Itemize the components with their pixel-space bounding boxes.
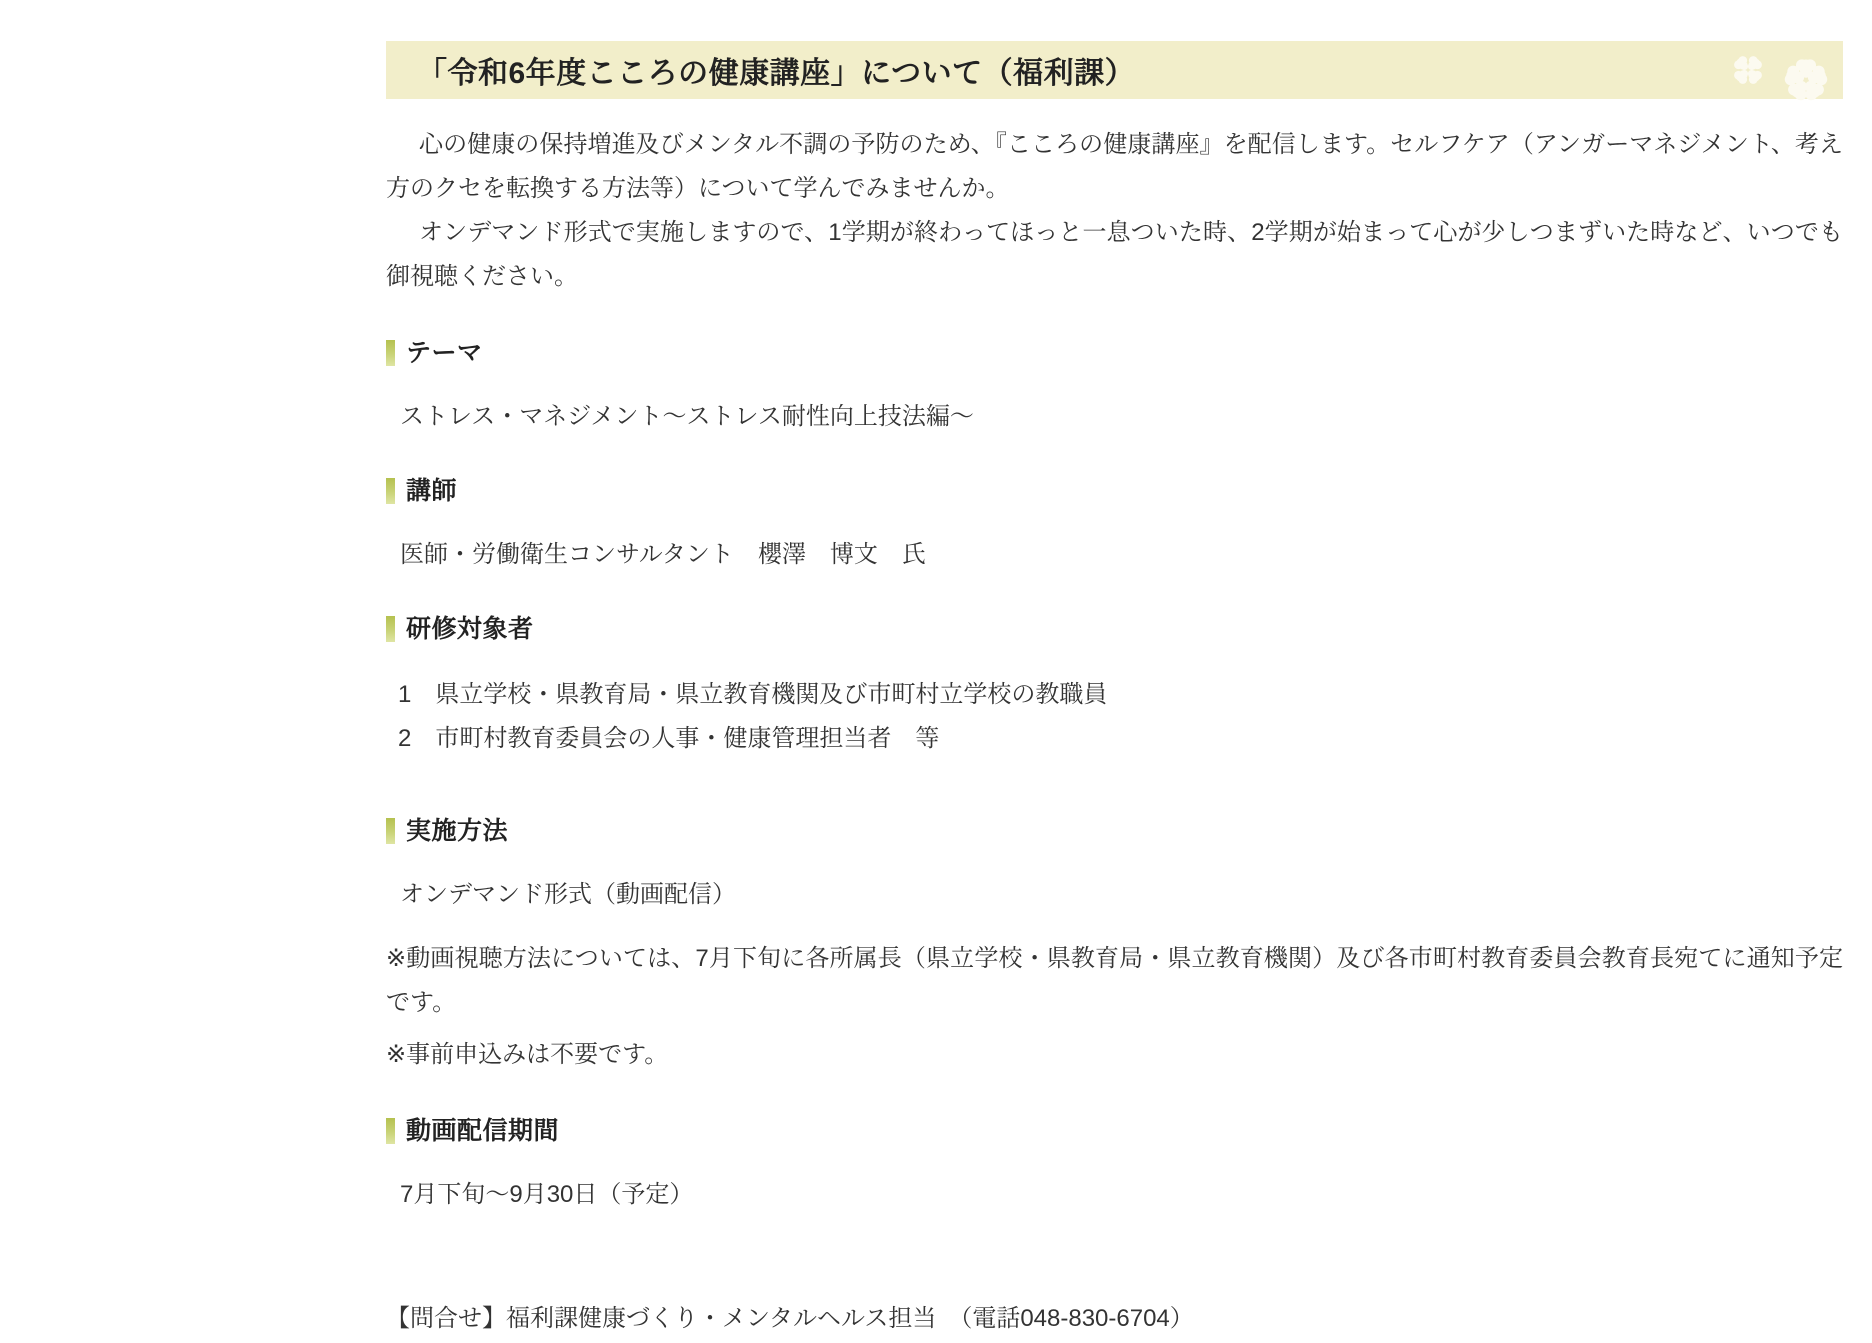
heading-marker xyxy=(386,1118,395,1144)
target-list: 1 県立学校・県教育局・県立教育機関及び市町村立学校の教職員 2 市町村教育委員… xyxy=(386,673,1843,761)
section-heading-period: 動画配信期間 xyxy=(386,1117,1843,1145)
heading-marker xyxy=(386,616,395,642)
section-heading-lecturer: 講師 xyxy=(386,477,1843,505)
intro-paragraph-2: オンデマンド形式で実施しますので、1学期が終わってほっと一息ついた時、2学期が始… xyxy=(386,211,1843,299)
section-heading-target: 研修対象者 xyxy=(386,615,1843,643)
method-note-2: ※事前申込みは不要です。 xyxy=(386,1041,1843,1069)
heading-text-method: 実施方法 xyxy=(406,819,508,844)
heading-marker xyxy=(386,478,395,504)
heading-text-period: 動画配信期間 xyxy=(406,1119,559,1144)
page-title: 「令和6年度こころの健康講座」について（福利課） xyxy=(417,48,1135,92)
target-list-item-1: 1 県立学校・県教育局・県立教育機関及び市町村立学校の教職員 xyxy=(398,673,1843,717)
section-heading-theme: テーマ xyxy=(386,339,1843,367)
page: 「令和6年度こころの健康講座」について（福利課） xyxy=(0,0,1872,1343)
flower-large-icon xyxy=(1781,55,1831,105)
flower-decorations xyxy=(1729,47,1831,103)
heading-marker xyxy=(386,818,395,844)
content-area: 「令和6年度こころの健康講座」について（福利課） xyxy=(386,41,1843,1333)
lecturer-content: 医師・労働衛生コンサルタント 櫻澤 博文 氏 xyxy=(386,541,1843,569)
title-bar: 「令和6年度こころの健康講座」について（福利課） xyxy=(386,41,1843,99)
method-note-1: ※動画視聴方法については、7月下旬に各所属長（県立学校・県教育局・県立教育機関）… xyxy=(386,937,1843,1025)
method-content: オンデマンド形式（動画配信） xyxy=(386,881,1843,909)
heading-text-lecturer: 講師 xyxy=(406,479,457,504)
contact-info: 【問合せ】福利課健康づくり・メンタルヘルス担当 （電話048-830-6704） xyxy=(386,1305,1843,1333)
clover-small-icon xyxy=(1729,51,1767,89)
period-content: 7月下旬～9月30日（予定） xyxy=(386,1181,1843,1209)
heading-text-theme: テーマ xyxy=(406,341,483,366)
theme-content: ストレス・マネジメント～ストレス耐性向上技法編～ xyxy=(386,403,1843,431)
section-heading-method: 実施方法 xyxy=(386,817,1843,845)
intro-paragraph-1: 心の健康の保持増進及びメンタル不調の予防のため、『こころの健康講座』を配信します… xyxy=(386,123,1843,211)
heading-text-target: 研修対象者 xyxy=(406,617,534,642)
intro-paragraphs: 心の健康の保持増進及びメンタル不調の予防のため、『こころの健康講座』を配信します… xyxy=(386,123,1843,299)
heading-marker xyxy=(386,340,395,366)
target-list-item-2: 2 市町村教育委員会の人事・健康管理担当者 等 xyxy=(398,717,1843,761)
